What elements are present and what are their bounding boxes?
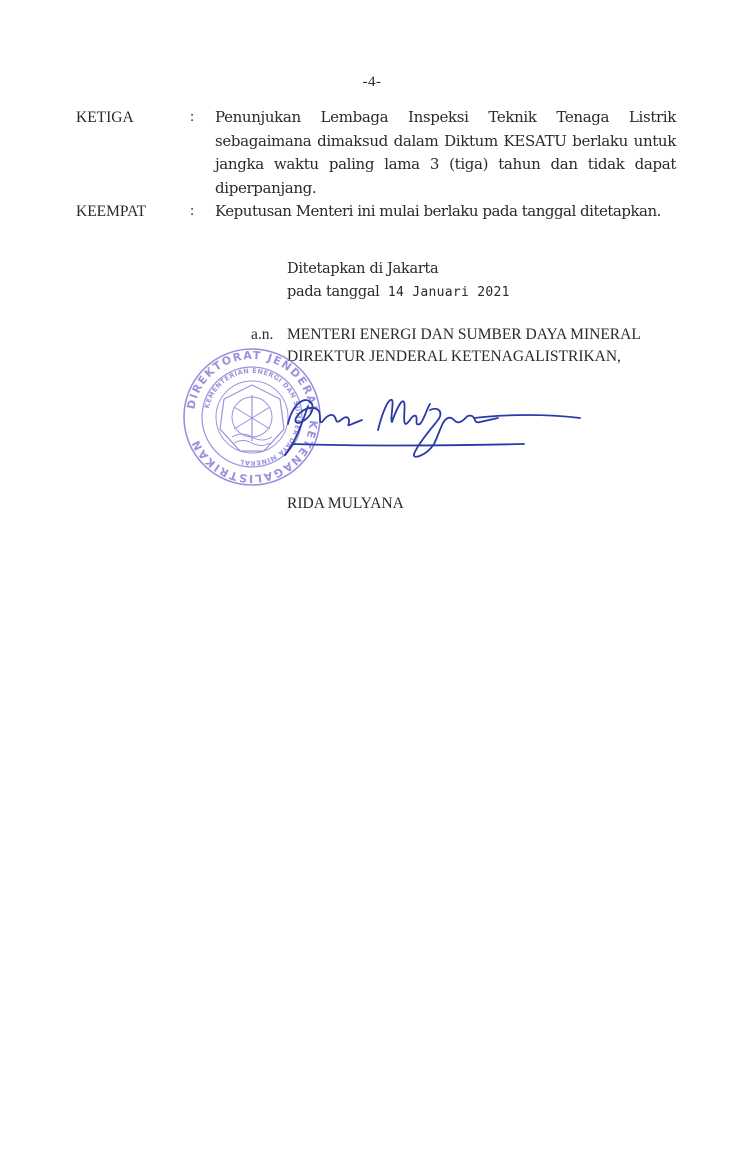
enactment-place: Ditetapkan di Jakarta [287, 258, 510, 281]
enactment-date-line: pada tanggal 14 Januari 2021 [287, 281, 510, 304]
diktum-separator: : [190, 200, 194, 224]
diktum-ketiga: KETIGA : Penunjukan Lembaga Inspeksi Tek… [76, 106, 676, 200]
signatory-office: MENTERI ENERGI DAN SUMBER DAYA MINERAL D… [287, 324, 641, 368]
diktum-separator: : [190, 106, 194, 130]
signatory-name: RIDA MULYANA [287, 492, 404, 515]
office-line-2: DIREKTUR JENDERAL KETENAGALISTRIKAN, [287, 346, 641, 368]
diktum-text: Penunjukan Lembaga Inspeksi Teknik Tenag… [215, 106, 676, 200]
page-number: -4- [0, 74, 744, 91]
office-line-1: MENTERI ENERGI DAN SUMBER DAYA MINERAL [287, 324, 641, 346]
diktum-label: KETIGA [76, 106, 134, 130]
enactment-block: Ditetapkan di Jakarta pada tanggal 14 Ja… [287, 258, 510, 304]
handwritten-signature-icon [278, 384, 588, 464]
on-behalf-prefix: a.n. [251, 324, 273, 346]
enactment-date-label: pada tanggal [287, 284, 380, 300]
diktum-keempat: KEEMPAT : Keputusan Menteri ini mulai be… [76, 200, 676, 224]
diktum-label: KEEMPAT [76, 200, 146, 224]
diktum-text: Keputusan Menteri ini mulai berlaku pada… [215, 200, 676, 224]
enactment-date-value: 14 Januari 2021 [388, 285, 510, 300]
